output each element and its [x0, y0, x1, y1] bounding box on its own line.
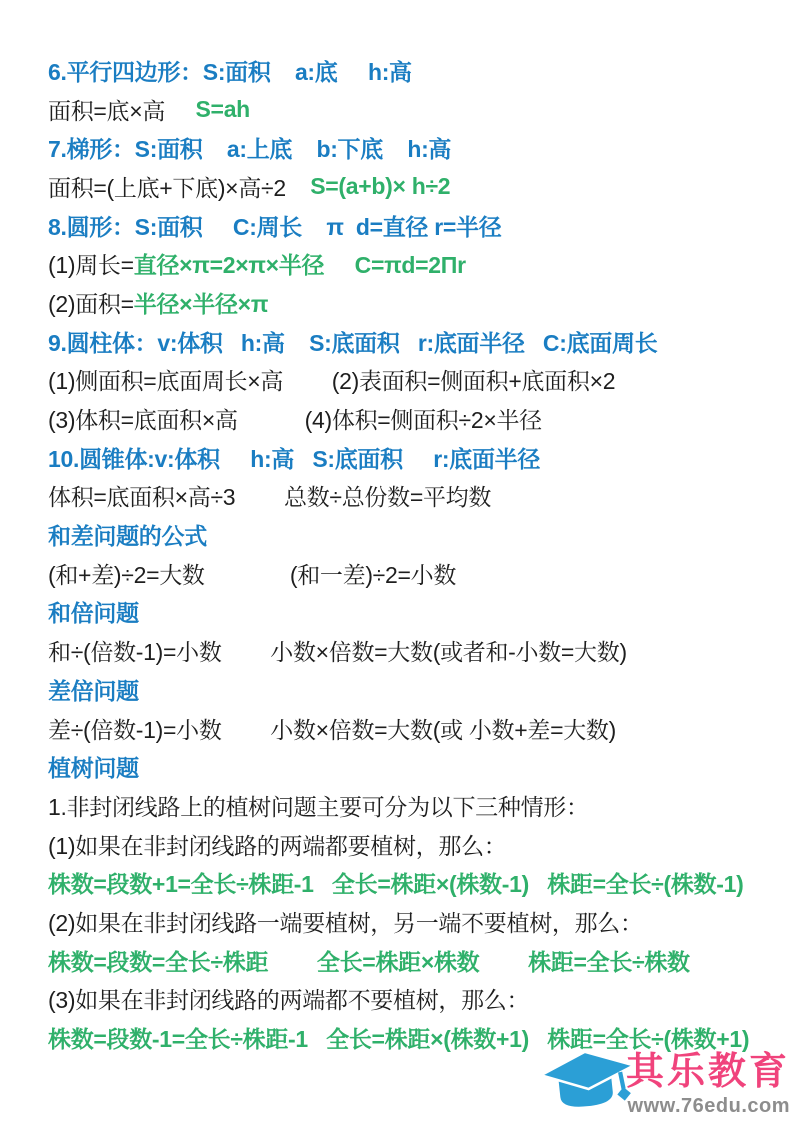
heading-sum-multiple: 和倍问题 [48, 593, 793, 632]
heading-parallelogram: 6.平行四边形：S:面积 a:底 h:高 [48, 51, 793, 90]
site-url: www.76edu.com [628, 1095, 790, 1117]
text-tree-planting-case1: (1)如果在非封闭线路的两端都要植树，那么： [48, 825, 793, 864]
heading-text: 9.圆柱体：v:体积 h:高 S:底面积 r:底面半径 C:底面周长 [48, 325, 657, 358]
formula-text: 和÷(倍数-1)=小数 小数×倍数=大数(或者和-小数=大数) [48, 634, 627, 667]
formula-difference-multiple: 差÷(倍数-1)=小数 小数×倍数=大数(或 小数+差=大数) [48, 709, 793, 748]
body-text: (3)如果在非封闭线路的两端都不要植树，那么： [48, 982, 529, 1015]
body-text: (1)如果在非封闭线路的两端都要植树，那么： [48, 828, 507, 861]
formula-text: (和+差)÷2=大数 (和一差)÷2=小数 [48, 557, 456, 590]
formula-label: 面积=底×高 [48, 93, 196, 126]
formula-cylinder-volume: (3)体积=底面积×高 (4)体积=侧面积÷2×半径 [48, 399, 793, 438]
formula-sum-difference: (和+差)÷2=大数 (和一差)÷2=小数 [48, 554, 793, 593]
formula-sum-multiple: 和÷(倍数-1)=小数 小数×倍数=大数(或者和-小数=大数) [48, 631, 793, 670]
heading-text: 差倍问题 [48, 673, 139, 706]
formula-expression: 半径×半径×π [134, 286, 268, 319]
formula-parallelogram-area: 面积=底×高 S=ah [48, 90, 793, 129]
heading-cone: 10.圆锥体:v:体积 h:高 S:底面积 r:底面半径 [48, 438, 793, 477]
formula-expression: S=(a+b)× h÷2 [310, 173, 450, 200]
heading-text: 7.梯形：S:面积 a:上底 b:下底 h:高 [48, 131, 451, 164]
formula-text: 差÷(倍数-1)=小数 小数×倍数=大数(或 小数+差=大数) [48, 712, 616, 745]
text-tree-planting-case2: (2)如果在非封闭线路一端要植树，另一端不要植树，那么： [48, 902, 793, 941]
graduation-cap-icon [538, 1037, 640, 1117]
heading-text: 6.平行四边形：S:面积 a:底 h:高 [48, 54, 412, 87]
formula-sheet: 6.平行四边形：S:面积 a:底 h:高 面积=底×高 S=ah 7.梯形：S:… [48, 51, 793, 1057]
formula-expression: 直径×π=2×π×半径 C=πd=2Πr [134, 247, 466, 280]
formula-tree-planting-case2: 株数=段数=全长÷株距 全长=株距×株数 株距=全长÷株数 [48, 941, 793, 980]
formula-text: 株数=段数+1=全长÷株距-1 全长=株距×(株数-1) 株距=全长÷(株数-1… [48, 866, 743, 899]
formula-text: (1)侧面积=底面周长×高 (2)表面积=侧面积+底面积×2 [48, 363, 615, 396]
formula-label: (2)面积= [48, 286, 134, 319]
heading-text: 和倍问题 [48, 595, 139, 628]
body-text: 1.非封闭线路上的植树问题主要可分为以下三种情形： [48, 789, 589, 822]
formula-cone-volume: 体积=底面积×高÷3 总数÷总份数=平均数 [48, 477, 793, 516]
logo-text: 其乐教育 www.76edu.com [626, 1053, 790, 1117]
formula-expression: S=ah [196, 96, 250, 123]
formula-circle-area: (2)面积=半径×半径×π [48, 283, 793, 322]
formula-tree-planting-case1: 株数=段数+1=全长÷株距-1 全长=株距×(株数-1) 株距=全长÷(株数-1… [48, 863, 793, 902]
heading-text: 8.圆形：S:面积 C:周长 π d=直径 r=半径 [48, 209, 501, 242]
formula-cylinder-surface: (1)侧面积=底面周长×高 (2)表面积=侧面积+底面积×2 [48, 361, 793, 400]
heading-text: 10.圆锥体:v:体积 h:高 S:底面积 r:底面半径 [48, 441, 540, 474]
heading-text: 和差问题的公式 [48, 518, 207, 551]
text-tree-planting-case3: (3)如果在非封闭线路的两端都不要植树，那么： [48, 980, 793, 1019]
formula-text: 体积=底面积×高÷3 总数÷总份数=平均数 [48, 479, 491, 512]
formula-label: (1)周长= [48, 247, 134, 280]
heading-tree-planting: 植树问题 [48, 747, 793, 786]
site-logo: 其乐教育 www.76edu.com [538, 1037, 790, 1117]
formula-text: 株数=段数=全长÷株距 全长=株距×株数 株距=全长÷株数 [48, 944, 690, 977]
heading-cylinder: 9.圆柱体：v:体积 h:高 S:底面积 r:底面半径 C:底面周长 [48, 322, 793, 361]
text-tree-planting-intro: 1.非封闭线路上的植树问题主要可分为以下三种情形： [48, 786, 793, 825]
heading-sum-difference: 和差问题的公式 [48, 515, 793, 554]
body-text: (2)如果在非封闭线路一端要植树，另一端不要植树，那么： [48, 905, 643, 938]
heading-trapezoid: 7.梯形：S:面积 a:上底 b:下底 h:高 [48, 128, 793, 167]
heading-difference-multiple: 差倍问题 [48, 670, 793, 709]
heading-text: 植树问题 [48, 750, 139, 783]
formula-label: 面积=(上底+下底)×高÷2 [48, 170, 310, 203]
heading-circle: 8.圆形：S:面积 C:周长 π d=直径 r=半径 [48, 206, 793, 245]
formula-text: (3)体积=底面积×高 (4)体积=侧面积÷2×半径 [48, 402, 542, 435]
formula-trapezoid-area: 面积=(上底+下底)×高÷2 S=(a+b)× h÷2 [48, 167, 793, 206]
brand-name: 其乐教育 [626, 1053, 790, 1093]
formula-circle-circumference: (1)周长=直径×π=2×π×半径 C=πd=2Πr [48, 244, 793, 283]
